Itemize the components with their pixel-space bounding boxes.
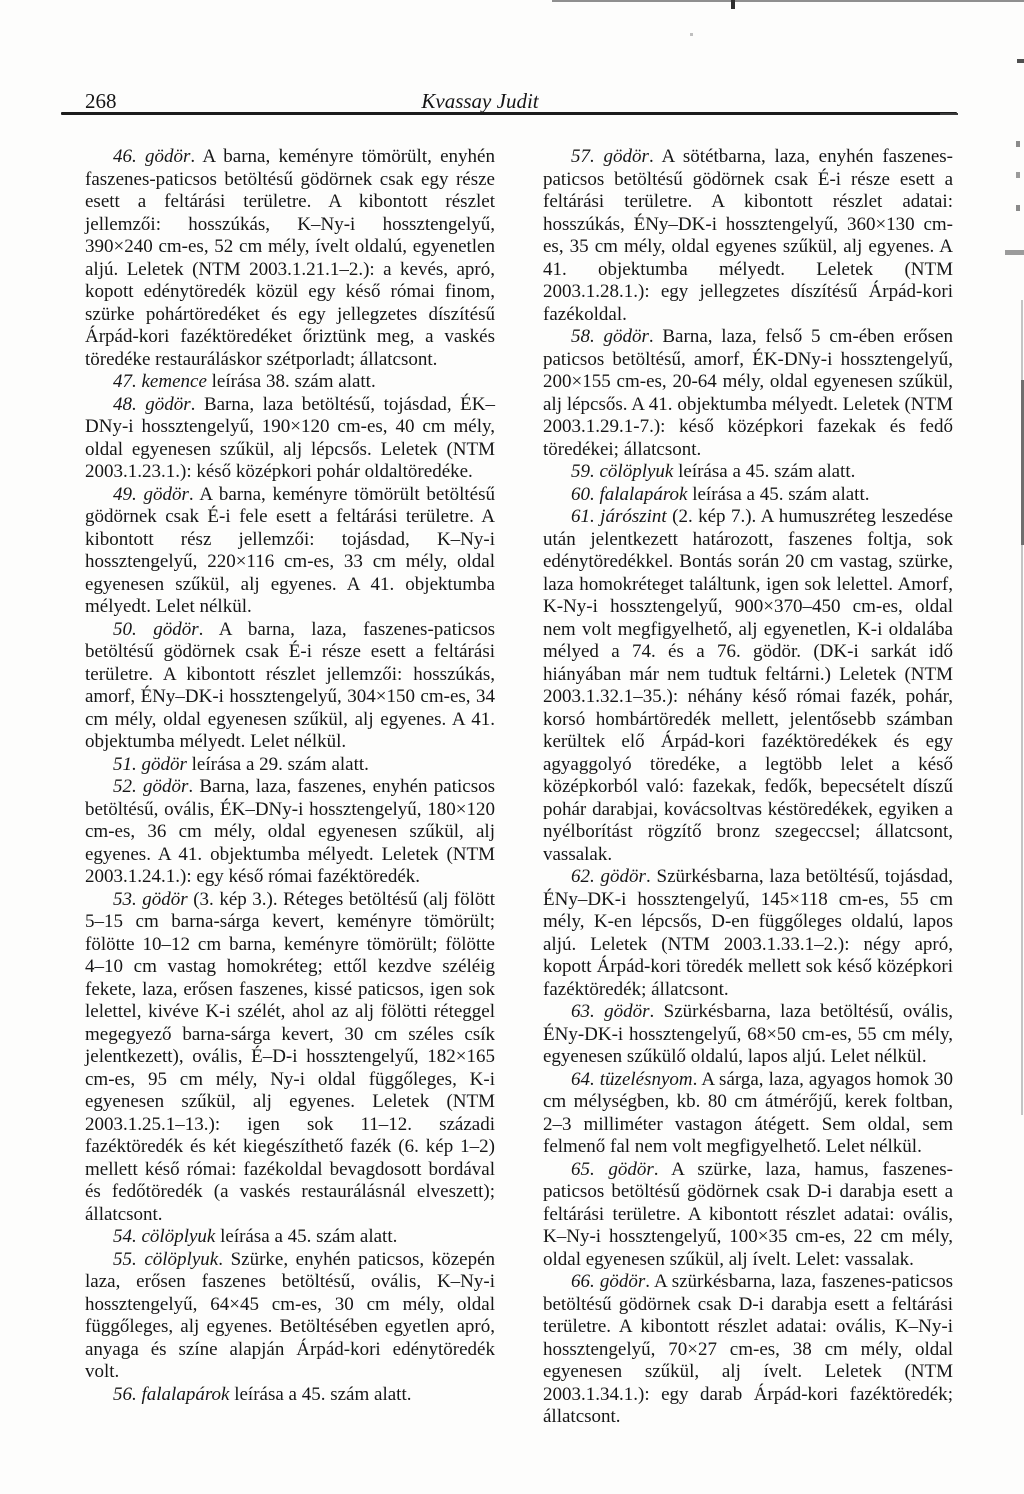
catalog-entry: 59. cölöplyuk leírása a 45. szám alatt. — [543, 461, 953, 484]
entry-number-and-type: 62. gödör — [571, 866, 646, 887]
catalog-entry: 52. gödör. Barna, laza, faszenes, enyhén… — [85, 776, 495, 889]
entry-text: leírása a 45. szám alatt. — [687, 484, 869, 505]
entry-number-and-type: 64. tüzelésnyom — [571, 1069, 693, 1090]
entry-text: leírása a 45. szám alatt. — [673, 461, 855, 482]
scan-margin-mark — [1005, 250, 1024, 255]
entry-text: . A sötétbarna, laza, enyhén faszenes-pa… — [543, 146, 953, 325]
catalog-entry: 49. gödör. A barna, keményre tömörült be… — [85, 484, 495, 619]
entry-number-and-type: 46. gödör — [113, 146, 190, 167]
entry-text: . A szürkésbarna, laza, faszenes-paticso… — [543, 1271, 953, 1427]
entry-text: (2. kép 7.). A humuszréteg leszedése utá… — [543, 506, 953, 865]
catalog-entry: 48. gödör. Barna, laza betöltésű, tojásd… — [85, 394, 495, 484]
catalog-entry: 60. falalapárok leírása a 45. szám alatt… — [543, 484, 953, 507]
left-text-column: 46. gödör. A barna, keményre tömörült, e… — [85, 146, 495, 1406]
catalog-entry: 54. cölöplyuk leírása a 45. szám alatt. — [85, 1226, 495, 1249]
entry-text: leírása a 45. szám alatt. — [229, 1384, 411, 1405]
scan-margin-mark — [1017, 59, 1024, 63]
entry-number-and-type: 60. falalapárok — [571, 484, 687, 505]
catalog-entry: 56. falalapárok leírása a 45. szám alatt… — [85, 1384, 495, 1407]
entry-number-and-type: 54. cölöplyuk — [113, 1226, 215, 1247]
entry-number-and-type: 47. kemence — [113, 371, 207, 392]
catalog-entry: 63. gödör. Szürkésbarna, laza betöltésű,… — [543, 1001, 953, 1069]
catalog-entry: 55. cölöplyuk. Szürke, enyhén paticsos, … — [85, 1249, 495, 1384]
entry-number-and-type: 52. gödör — [113, 776, 188, 797]
catalog-entry: 50. gödör. A barna, laza, faszenes-patic… — [85, 619, 495, 754]
entry-number-and-type: 58. gödör — [571, 326, 649, 347]
entry-number-and-type: 53. gödör — [113, 889, 188, 910]
scan-edge-line — [1021, 300, 1023, 1115]
right-text-column: 57. gödör. A sötétbarna, laza, enyhén fa… — [543, 146, 953, 1429]
scan-margin-mark — [1016, 205, 1020, 211]
catalog-entry: 65. gödör. A szürke, laza, hamus, faszen… — [543, 1159, 953, 1272]
entry-text: . A barna, keményre tömörült, enyhén fas… — [85, 146, 495, 370]
entry-text: leírása a 29. szám alatt. — [187, 754, 369, 775]
entry-number-and-type: 63. gödör — [571, 1001, 650, 1022]
entry-number-and-type: 50. gödör — [113, 619, 199, 640]
entry-text: leírása 38. szám alatt. — [207, 371, 376, 392]
header-rule — [940, 113, 958, 115]
catalog-entry: 46. gödör. A barna, keményre tömörült, e… — [85, 146, 495, 371]
scan-tick-mark — [731, 0, 735, 9]
catalog-entry: 61. járószint (2. kép 7.). A humuszréteg… — [543, 506, 953, 866]
entry-number-and-type: 49. gödör — [113, 484, 189, 505]
entry-number-and-type: 66. gödör — [571, 1271, 645, 1292]
scan-speck — [690, 33, 693, 36]
header-rule — [61, 112, 957, 115]
entry-number-and-type: 57. gödör — [571, 146, 649, 167]
entry-number-and-type: 59. cölöplyuk — [571, 461, 673, 482]
catalog-entry: 64. tüzelésnyom. A sárga, laza, agyagos … — [543, 1069, 953, 1159]
catalog-entry: 66. gödör. A szürkésbarna, laza, faszene… — [543, 1271, 953, 1429]
running-title: Kvassay Judit — [0, 90, 960, 112]
entry-number-and-type: 48. gödör — [113, 394, 191, 415]
scan-margin-mark — [1016, 141, 1020, 147]
catalog-entry: 62. gödör. Szürkésbarna, laza betöltésű,… — [543, 866, 953, 1001]
catalog-entry: 47. kemence leírása 38. szám alatt. — [85, 371, 495, 394]
entry-number-and-type: 61. járószint — [571, 506, 667, 527]
scanned-page: 268 Kvassay Judit 46. gödör. A barna, ke… — [0, 0, 1024, 1494]
catalog-entry: 53. gödör (3. kép 3.). Réteges betöltésű… — [85, 889, 495, 1227]
scan-margin-mark — [1016, 172, 1020, 178]
entry-text: (3. kép 3.). Réteges betöltésű (alj fölö… — [85, 889, 495, 1225]
entry-text: leírása a 45. szám alatt. — [215, 1226, 397, 1247]
catalog-entry: 57. gödör. A sötétbarna, laza, enyhén fa… — [543, 146, 953, 326]
entry-number-and-type: 56. falalapárok — [113, 1384, 229, 1405]
entry-number-and-type: 55. cölöplyuk — [113, 1249, 218, 1270]
scan-edge-line — [552, 0, 1024, 2]
entry-number-and-type: 65. gödör — [571, 1159, 654, 1180]
catalog-entry: 51. gödör leírása a 29. szám alatt. — [85, 754, 495, 777]
catalog-entry: 58. gödör. Barna, laza, felső 5 cm-ében … — [543, 326, 953, 461]
entry-number-and-type: 51. gödör — [113, 754, 187, 775]
